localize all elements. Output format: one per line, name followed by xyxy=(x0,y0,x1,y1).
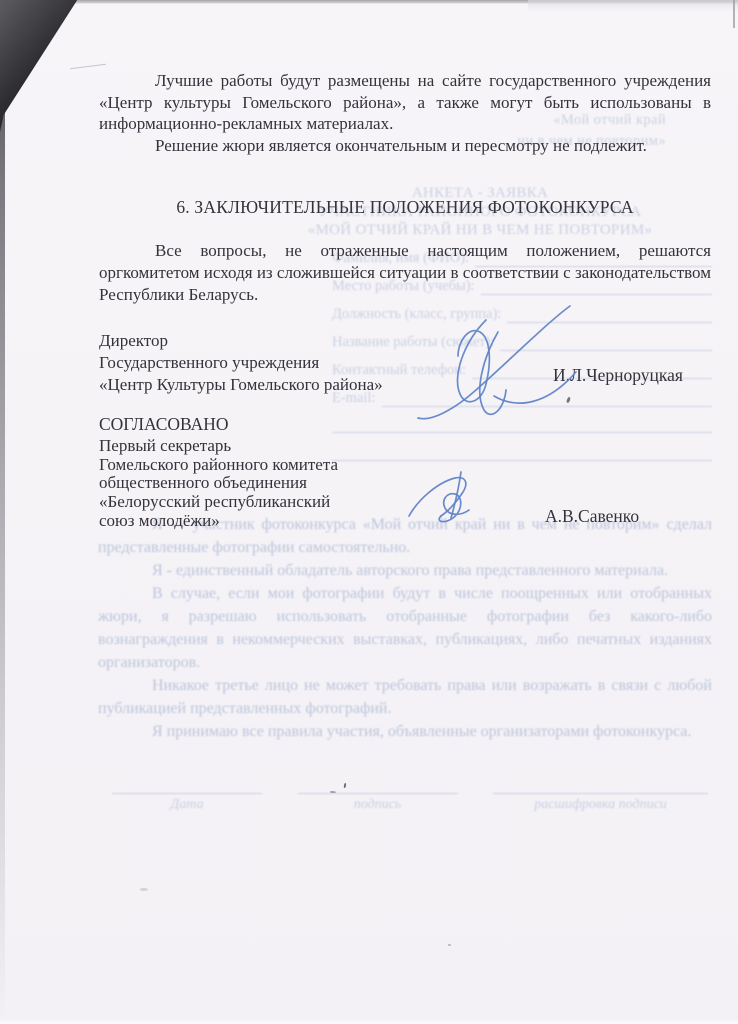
agreed-line: Гомельского районного комитета xyxy=(99,456,338,475)
ink-speck xyxy=(330,791,336,793)
agreed-line: союз молодёжи» xyxy=(99,512,338,531)
ink-speck xyxy=(140,888,148,891)
scan-top-haze xyxy=(528,0,738,12)
agreed-label: СОГЛАСОВАНО xyxy=(99,415,338,434)
ink-speck xyxy=(448,944,451,946)
questions-paragraph-block: Все вопросы, не отраженные настоящим пол… xyxy=(99,240,711,305)
agreed-line: общественного объединения xyxy=(99,474,338,493)
agreed-line: Первый секретарь xyxy=(99,437,338,456)
agreed-line: «Белорусский республиканский xyxy=(99,493,338,512)
director-line: «Центр Культуры Гомельского района» xyxy=(99,374,383,396)
agreed-name: А.В.Савенко xyxy=(545,506,639,527)
director-signature xyxy=(398,298,580,428)
director-block: Директор Государственного учреждения «Це… xyxy=(99,330,383,395)
paragraph-jury-decision: Решение жюри является окончательным и пе… xyxy=(99,135,711,157)
director-line: Директор xyxy=(99,330,383,352)
scanned-document-page: «Мой отчий край ни в чем не повторим» АН… xyxy=(0,0,738,1024)
paragraph-best-works: Лучшие работы будут размещены на сайте г… xyxy=(99,70,711,135)
section-heading: 6. ЗАКЛЮЧИТЕЛЬНЫЕ ПОЛОЖЕНИЯ ФОТОКОНКУРСА xyxy=(99,197,711,218)
scan-edge-right xyxy=(733,0,735,28)
scan-edge-left xyxy=(0,0,5,1024)
paragraph-questions: Все вопросы, не отраженные настоящим пол… xyxy=(99,240,711,305)
document-content: Лучшие работы будут размещены на сайте г… xyxy=(0,0,738,1024)
director-line: Государственного учреждения xyxy=(99,352,383,374)
agreed-block: СОГЛАСОВАНО Первый секретарь Гомельского… xyxy=(99,415,338,531)
intro-paragraphs: Лучшие работы будут размещены на сайте г… xyxy=(99,70,711,156)
agreed-signature xyxy=(405,470,485,526)
scan-edge-bottom xyxy=(0,1019,738,1024)
